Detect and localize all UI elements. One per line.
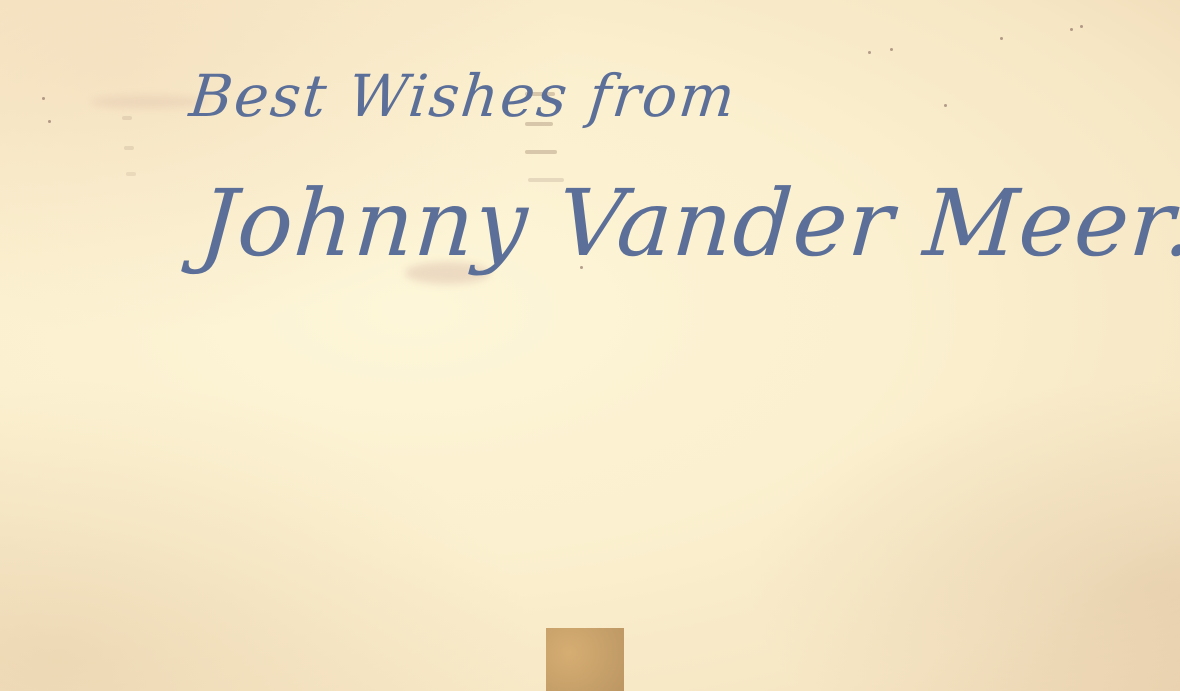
speck	[890, 48, 893, 51]
postmark-mark	[525, 150, 557, 154]
speck	[48, 120, 51, 123]
tape-remnant	[546, 628, 624, 691]
postmark-mark	[126, 172, 136, 176]
postmark-mark	[122, 116, 132, 120]
inscription-best-wishes: Best Wishes from	[186, 62, 740, 130]
autograph-card: Best Wishes from Johnny Vander Meer.	[0, 0, 1180, 691]
postmark-mark	[124, 146, 134, 150]
speck	[1080, 25, 1083, 28]
speck	[944, 104, 947, 107]
speck	[42, 97, 45, 100]
speck	[1070, 28, 1073, 31]
signature-johnny-vander-meer: Johnny Vander Meer.	[196, 170, 1180, 277]
speck	[868, 51, 871, 54]
speck	[1000, 37, 1003, 40]
